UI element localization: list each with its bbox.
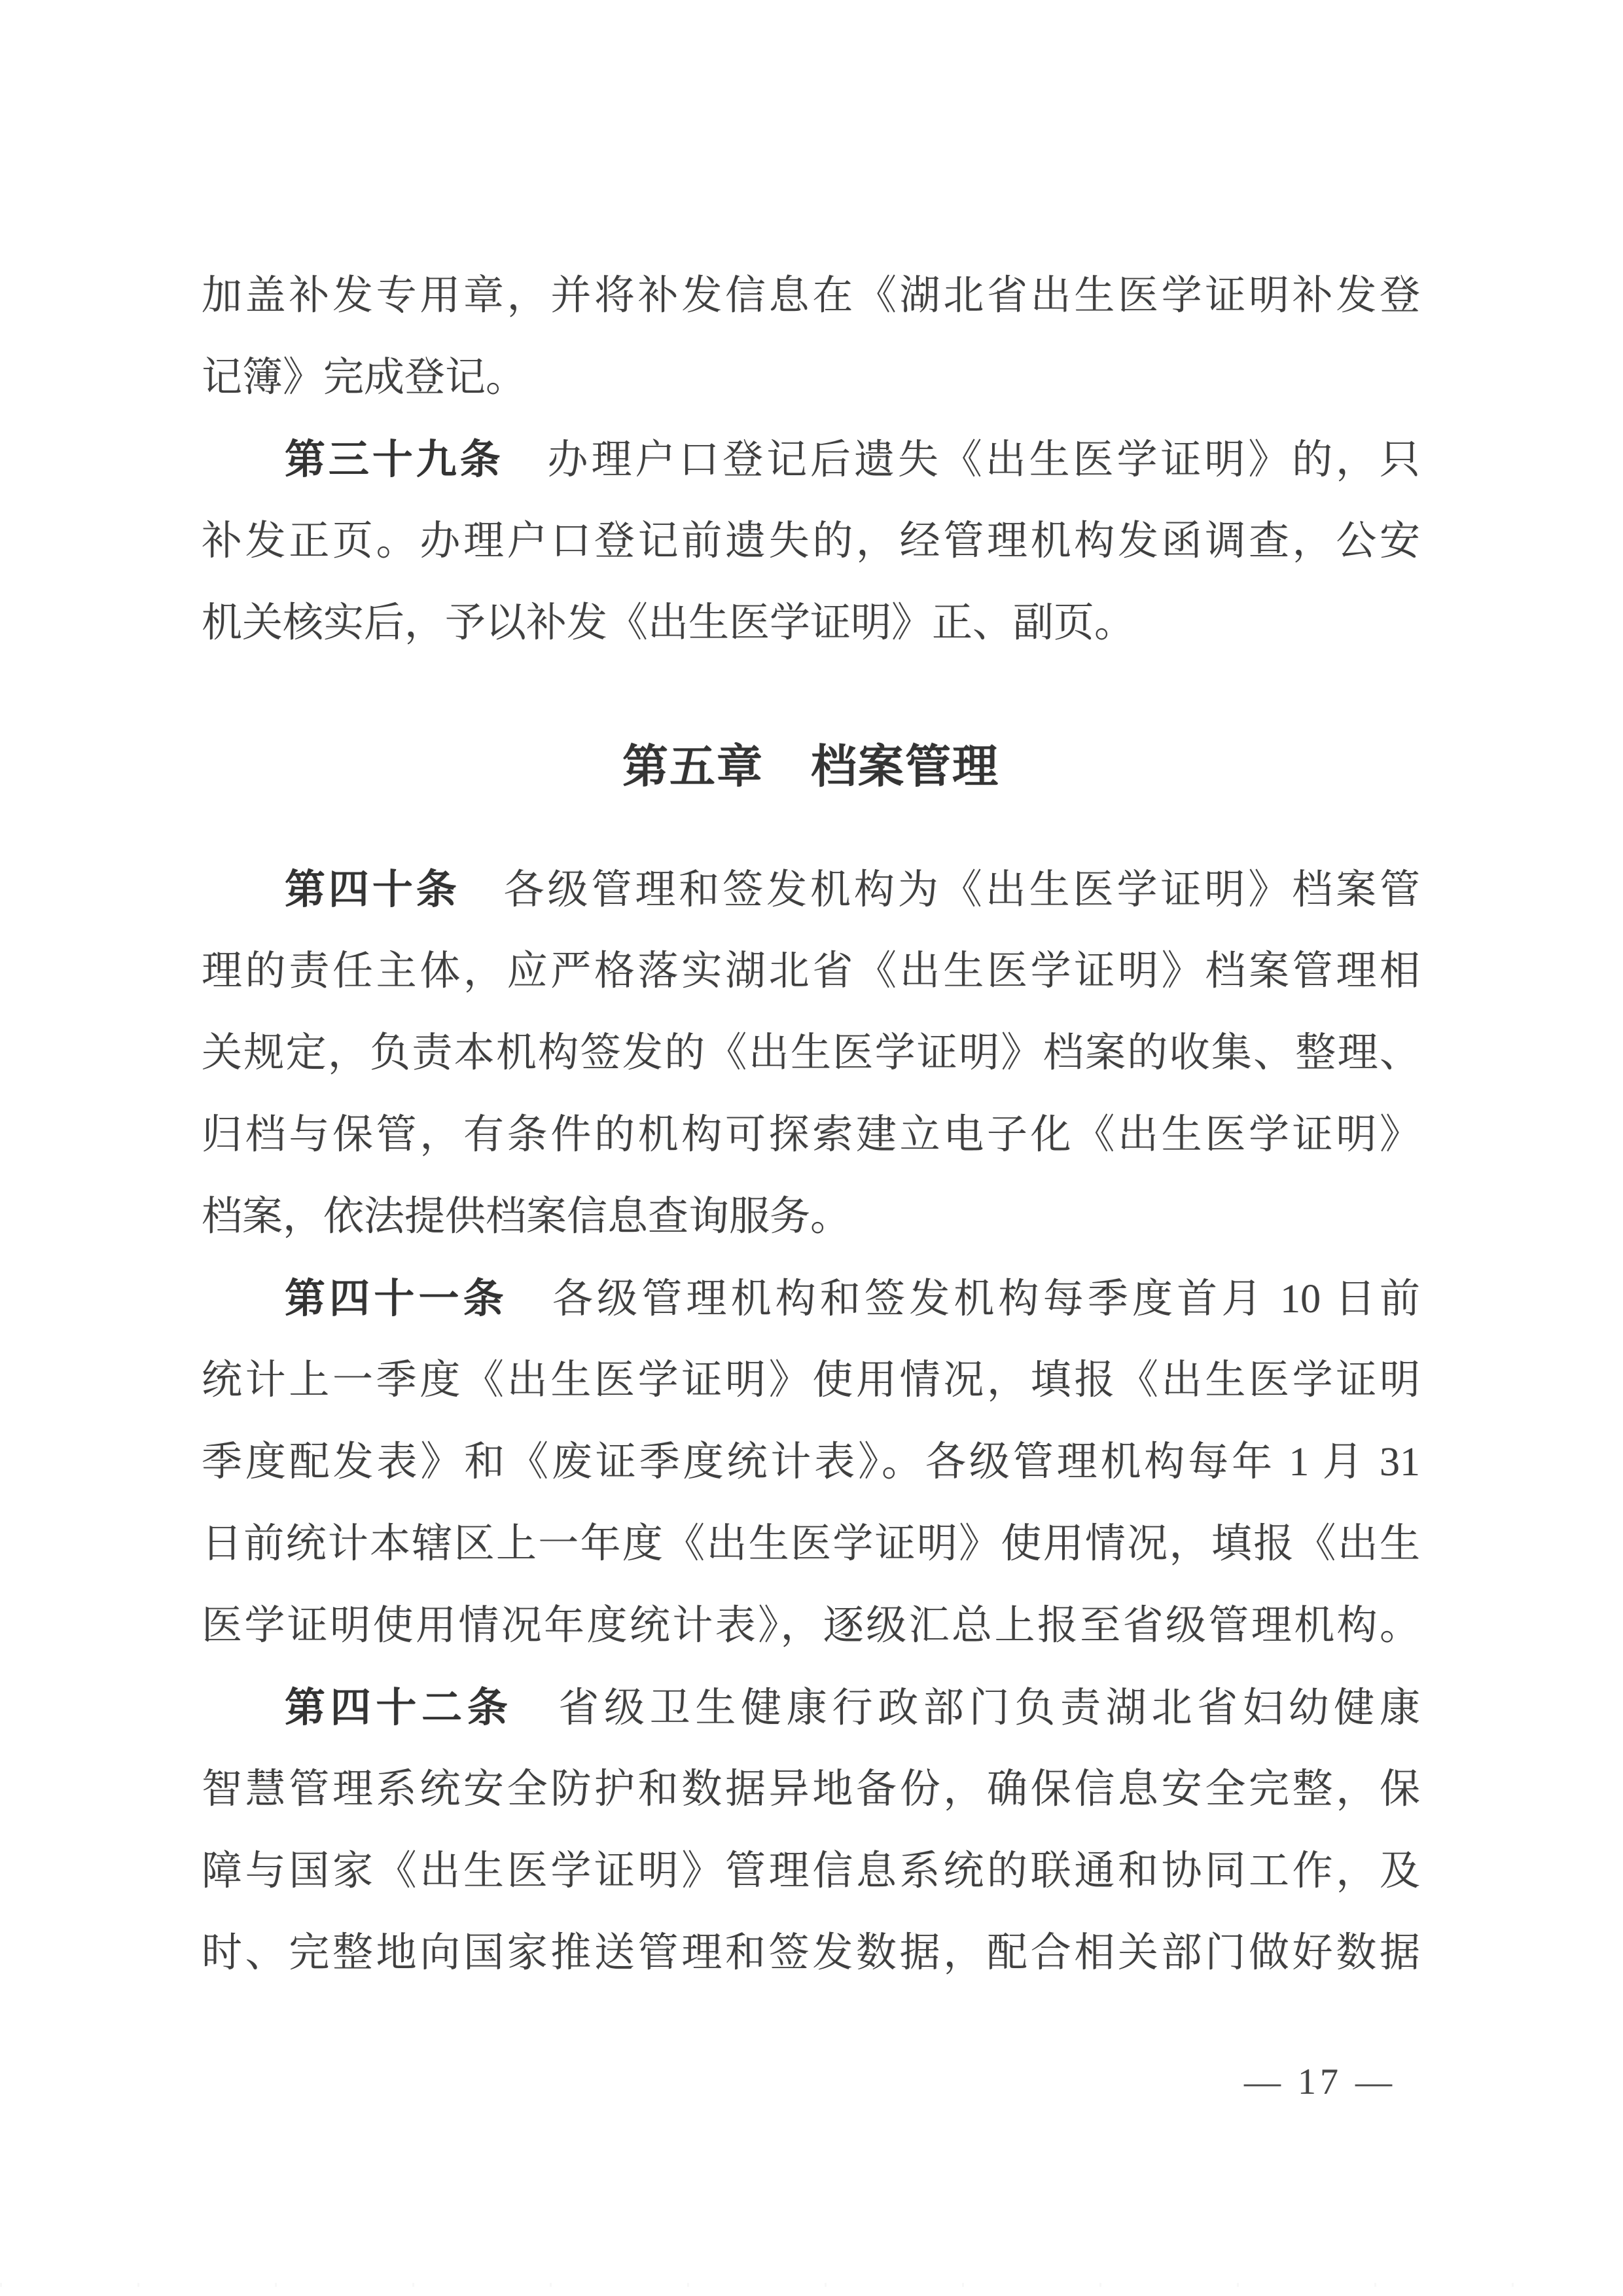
text-line: 归档与保管，有条件的机构可探索建立电子化《出生医学证明》 bbox=[202, 1094, 1420, 1176]
text-line: 障与国家《出生医学证明》管理信息系统的联通和协同工作，及 bbox=[202, 1831, 1420, 1912]
text-line: 机关核实后，予以补发《出生医学证明》正、副页。 bbox=[202, 583, 1420, 664]
text-line: 补发正页。办理户口登记前遗失的，经管理机构发函调查，公安 bbox=[202, 501, 1420, 583]
article-number: 第四十条 bbox=[285, 867, 460, 912]
document-page: 加盖补发专用章，并将补发信息在《湖北省出生医学证明补发登记簿》完成登记。第三十九… bbox=[0, 0, 1623, 2296]
document-text-block: 加盖补发专用章，并将补发信息在《湖北省出生医学证明补发登记簿》完成登记。第三十九… bbox=[202, 255, 1420, 1994]
text-line: 时、完整地向国家推送管理和签发数据，配合相关部门做好数据 bbox=[202, 1912, 1420, 1994]
text-line: 统计上一季度《出生医学证明》使用情况，填报《出生医学证明 bbox=[202, 1340, 1420, 1422]
scan-artifact bbox=[0, 2283, 1623, 2287]
text-line: 日前统计本辖区上一年度《出生医学证明》使用情况，填报《出生 bbox=[202, 1503, 1420, 1585]
text-line: 医学证明使用情况年度统计表》，逐级汇总上报至省级管理机构。 bbox=[202, 1585, 1420, 1667]
chapter-heading: 第五章 档案管理 bbox=[202, 730, 1420, 803]
article-number: 第三十九条 bbox=[285, 437, 504, 482]
text-line: 第四十二条 省级卫生健康行政部门负责湖北省妇幼健康 bbox=[202, 1667, 1420, 1749]
page-number: — 17 — bbox=[1244, 2060, 1396, 2104]
text-line: 档案，依法提供档案信息查询服务。 bbox=[202, 1176, 1420, 1258]
text-line: 第四十一条 各级管理机构和签发机构每季度首月 10 日前 bbox=[202, 1258, 1420, 1340]
article-number: 第四十二条 bbox=[285, 1685, 513, 1731]
text-line: 季度配发表》和《废证季度统计表》。各级管理机构每年 1 月 31 bbox=[202, 1422, 1420, 1503]
text-line: 加盖补发专用章，并将补发信息在《湖北省出生医学证明补发登 bbox=[202, 255, 1420, 337]
article-number: 第四十一条 bbox=[285, 1276, 508, 1321]
text-line: 关规定，负责本机构签发的《出生医学证明》档案的收集、整理、 bbox=[202, 1013, 1420, 1094]
text-line: 第四十条 各级管理和签发机构为《出生医学证明》档案管 bbox=[202, 849, 1420, 931]
text-line: 智慧管理系统安全防护和数据异地备份，确保信息安全完整，保 bbox=[202, 1749, 1420, 1831]
text-line: 记簿》完成登记。 bbox=[202, 337, 1420, 419]
text-line: 第三十九条 办理户口登记后遗失《出生医学证明》的，只 bbox=[202, 419, 1420, 501]
text-line: 理的责任主体，应严格落实湖北省《出生医学证明》档案管理相 bbox=[202, 931, 1420, 1013]
